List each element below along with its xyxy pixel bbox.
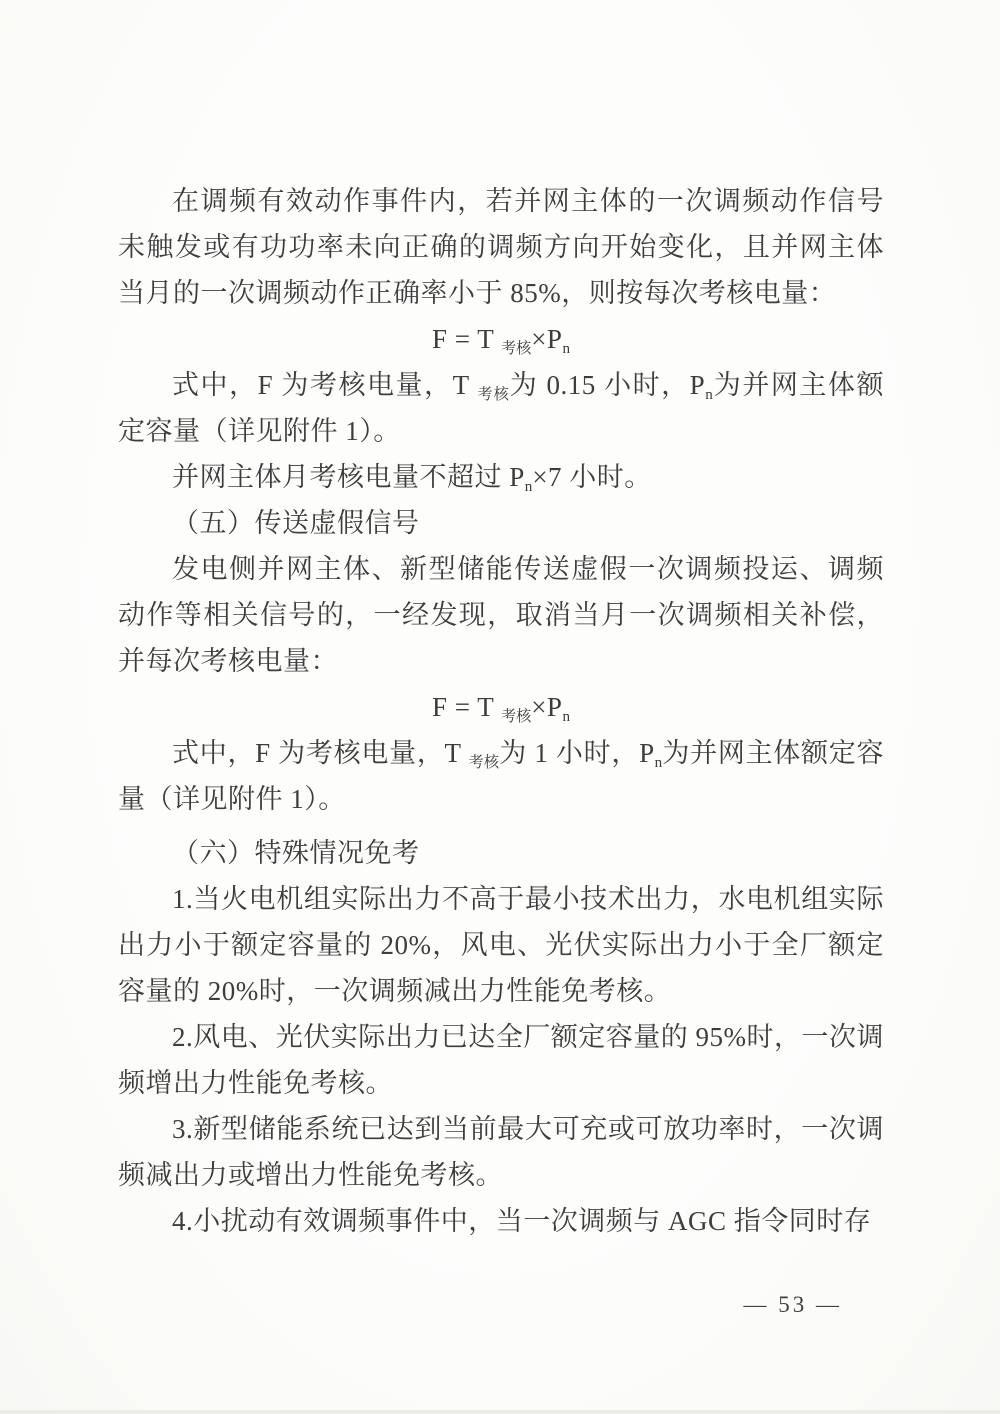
subscript-kaohe: 考核 (477, 387, 509, 403)
subscript-kaohe: 考核 (469, 755, 500, 771)
formula-subscript-n: n (562, 341, 570, 357)
subscript-n: n (705, 387, 713, 403)
text-segment: 为 1 小时，P (499, 738, 654, 768)
document-body: 在调频有效动作事件内，若并网主体的一次调频动作信号未触发或有功功率未向正确的调频… (118, 178, 884, 1244)
exemption-item-1: 1.当火电机组实际出力不高于最小技术出力，水电机组实际出力小于额定容量的 20%… (118, 876, 884, 1014)
text-segment: 式中，F 为考核电量，T (172, 738, 469, 768)
formula-times-p: ×P (531, 324, 562, 354)
scanned-document-page: 在调频有效动作事件内，若并网主体的一次调频动作信号未触发或有功功率未向正确的调频… (0, 0, 1000, 1414)
formula-subscript-kaohe: 考核 (501, 709, 531, 725)
section-heading-six-exemptions: （六）特殊情况免考 (118, 830, 884, 876)
text-segment: 并网主体月考核电量不超过 P (172, 462, 525, 492)
formula-times-p: ×P (531, 692, 562, 722)
formula-assessment-energy-2: F = T 考核×Pn (118, 684, 884, 730)
text-segment: ×7 小时。 (532, 462, 651, 492)
paragraph-frequency-event-rule: 在调频有效动作事件内，若并网主体的一次调频动作信号未触发或有功功率未向正确的调频… (118, 178, 884, 316)
formula-subscript-n: n (562, 709, 570, 725)
formula-lead: F = T (432, 692, 501, 722)
section-heading-five-false-signals: （五）传送虚假信号 (118, 500, 884, 546)
text-segment: 为 0.15 小时，P (510, 370, 705, 400)
text-segment: 式中，F 为考核电量，T (172, 370, 477, 400)
paragraph-formula1-explanation: 式中，F 为考核电量，T 考核为 0.15 小时，Pn为并网主体额定容量（详见附… (118, 362, 884, 454)
exemption-item-4: 4.小扰动有效调频事件中，当一次调频与 AGC 指令同时存 (118, 1198, 884, 1244)
formula-assessment-energy-1: F = T 考核×Pn (118, 316, 884, 362)
formula-lead: F = T (432, 324, 501, 354)
paragraph-monthly-cap: 并网主体月考核电量不超过 Pn×7 小时。 (118, 454, 884, 500)
exemption-item-3: 3.新型储能系统已达到当前最大可充或可放功率时，一次调频减出力或增出力性能免考核… (118, 1106, 884, 1198)
paragraph-false-signal-rule: 发电侧并网主体、新型储能传送虚假一次调频投运、调频动作等相关信号的，一经发现，取… (118, 546, 884, 684)
formula-subscript-kaohe: 考核 (501, 341, 531, 357)
paragraph-formula2-explanation: 式中，F 为考核电量，T 考核为 1 小时，Pn为并网主体额定容量（详见附件 1… (118, 730, 884, 822)
exemption-item-2: 2.风电、光伏实际出力已达全厂额定容量的 95%时，一次调频增出力性能免考核。 (118, 1014, 884, 1106)
page-number: — 53 — (744, 1292, 843, 1318)
